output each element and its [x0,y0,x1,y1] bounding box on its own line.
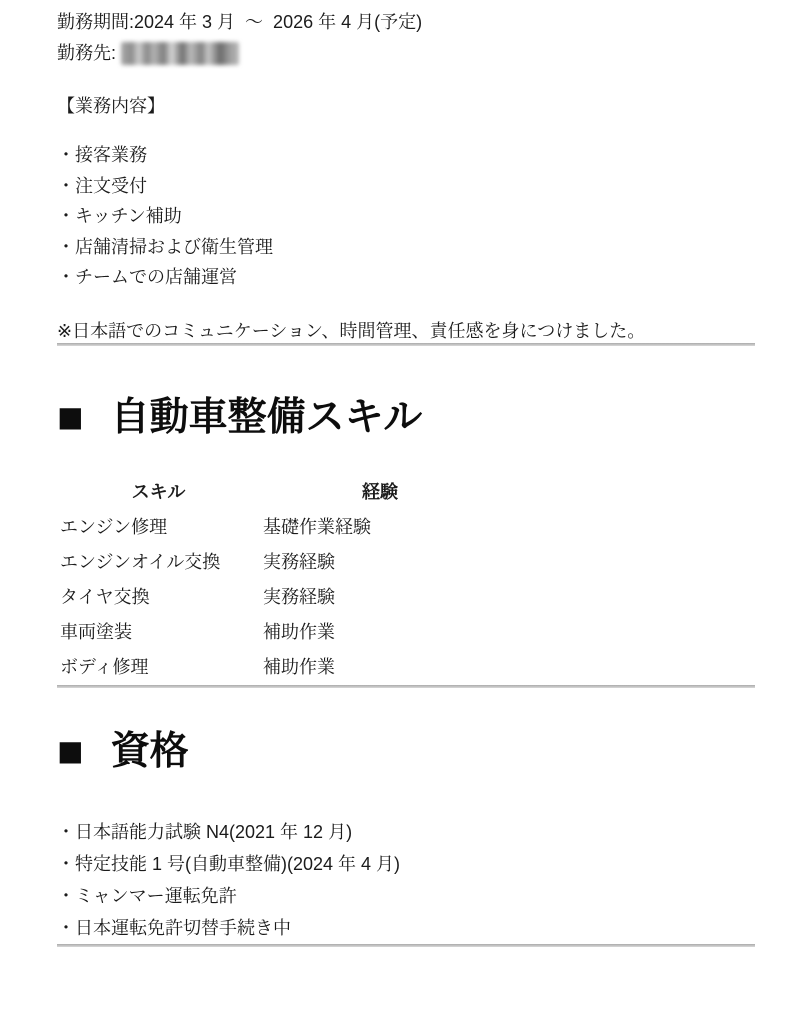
qualification-item: ・ミャンマー運転免許 [57,880,755,912]
skills-section-heading: ■ 自動車整備スキル [57,395,755,441]
section-divider [57,944,755,947]
skills-table-header-experience: 経験 [260,474,500,510]
qualification-item: ・日本運転免許切替手続き中 [57,912,755,944]
qualifications-section-heading: ■ 資格 [57,729,755,775]
duties-section-heading: 【業務内容】 [57,94,755,118]
workplace-label: 勤務先: [57,41,116,65]
table-cell-skill: エンジン修理 [57,510,260,545]
workplace-redacted-blur [121,42,239,65]
duties-list-item: ・接客業務 [57,140,755,171]
table-cell-skill: タイヤ交換 [57,580,260,615]
table-cell-skill: エンジンオイル交換 [57,545,260,580]
skills-table-header-skill: スキル [57,474,260,510]
table-cell-experience: 基礎作業経験 [260,510,500,545]
table-cell-experience: 補助作業 [260,650,500,685]
duties-list-item: ・チームでの店舗運営 [57,262,755,293]
table-cell-experience: 実務経験 [260,580,500,615]
document-page: 勤務期間:2024 年 3 月 ～ 2026 年 4 月(予定) 勤務先: 【業… [0,0,797,1024]
skills-section-title: 自動車整備スキル [111,395,423,441]
table-cell-skill: 車両塗装 [57,615,260,650]
qualification-item: ・特定技能 1 号(自動車整備)(2024 年 4 月) [57,848,755,880]
duties-note: ※日本語でのコミュニケーション、時間管理、責任感を身につけました。 [57,319,755,343]
qualifications-list: ・日本語能力試験 N4(2021 年 12 月) ・特定技能 1 号(自動車整備… [57,816,755,944]
duties-list-item: ・注文受付 [57,171,755,202]
table-cell-experience: 補助作業 [260,615,500,650]
qualification-item: ・日本語能力試験 N4(2021 年 12 月) [57,816,755,848]
duties-list: ・接客業務 ・注文受付 ・キッチン補助 ・店舗清掃および衛生管理 ・チームでの店… [57,140,755,293]
table-cell-experience: 実務経験 [260,545,500,580]
table-cell-skill: ボディ修理 [57,650,260,685]
employment-period-line: 勤務期間:2024 年 3 月 ～ 2026 年 4 月(予定) [57,10,755,34]
section-divider [57,343,755,346]
qualifications-section-title: 資格 [111,729,189,775]
duties-list-item: ・キッチン補助 [57,201,755,232]
black-square-marker-icon: ■ [57,735,84,769]
skills-table: スキル 経験 エンジン修理 基礎作業経験 エンジンオイル交換 実務経験 タイヤ交… [57,474,755,685]
duties-list-item: ・店舗清掃および衛生管理 [57,232,755,263]
black-square-marker-icon: ■ [57,401,84,435]
section-divider [57,685,755,688]
workplace-line: 勤務先: [57,41,755,65]
